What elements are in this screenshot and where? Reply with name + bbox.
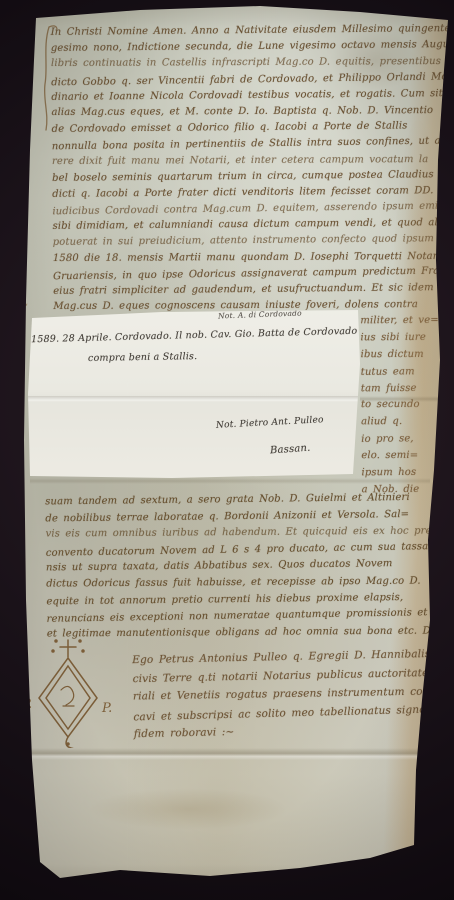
- text-fragment: io pro se,: [361, 431, 441, 449]
- notary-mark-right-letter: P.: [101, 701, 112, 716]
- text-fragment: tam fuisse: [361, 380, 441, 397]
- parchment-stain: [88, 788, 288, 830]
- notary-cross: [60, 640, 76, 657]
- photo-background: ɔ. ɔ, In Christi Nomine Amen. Anno a Nat…: [0, 0, 454, 900]
- text-fragment: ius sibi iure: [360, 330, 440, 347]
- text-fragment: elo. semi=: [361, 448, 441, 465]
- manuscript-lower-text: suam tandem ad sextum, a sero grata Nob.…: [45, 490, 439, 644]
- text-fragment: ibus dictum: [361, 347, 441, 364]
- notary-subscription-text: Ego Petrus Antonius Pulleo q. Egregii D.…: [132, 645, 436, 744]
- slip-summary-line: compra beni a Stallis.: [88, 351, 198, 364]
- text-line: dictus Odoricus fassus fuit habuisse, et…: [46, 573, 438, 593]
- slip-crease: [22, 396, 364, 402]
- text-fragment: militer, et ve=: [360, 313, 440, 330]
- slip-notary-reference: Not. Pietro Ant. Pulleo: [216, 415, 324, 431]
- manuscript-upper-text: In Christi Nomine Amen. Anno a Nativitat…: [51, 21, 444, 316]
- fold-crease: [28, 748, 420, 760]
- text-fragment: tutus eam: [361, 364, 441, 382]
- notary-diamond-inner: [46, 666, 90, 729]
- margin-mark: ɔ,: [19, 297, 28, 308]
- text-fragment: ipsum hos: [361, 465, 441, 482]
- manuscript-covered-fragments: militer, et ve= ius sibi iure ibus dictu…: [360, 313, 441, 499]
- margin-mark: ɔ.: [21, 93, 31, 104]
- notary-mark-icon: P. P.: [20, 636, 116, 748]
- notary-diamond-outer: [39, 658, 97, 737]
- text-fragment: aliud q.: [361, 414, 441, 431]
- text-line: rere dixit fuit manu mei Notarii, et int…: [52, 151, 442, 169]
- slip-summary-line: 1589. 28 Aprile. Cordovado. Il nob. Cav.…: [31, 326, 358, 346]
- text-line: alias Mag.cus eques, et M. conte D. Io. …: [51, 103, 441, 121]
- archivist-slip: Not. A. di Cordovado 1589. 28 Aprile. Co…: [22, 304, 364, 482]
- text-fragment: to secundo: [361, 397, 441, 414]
- notary-mark-left-letter: P.: [21, 697, 32, 712]
- slip-signature: Bassan.: [270, 443, 311, 457]
